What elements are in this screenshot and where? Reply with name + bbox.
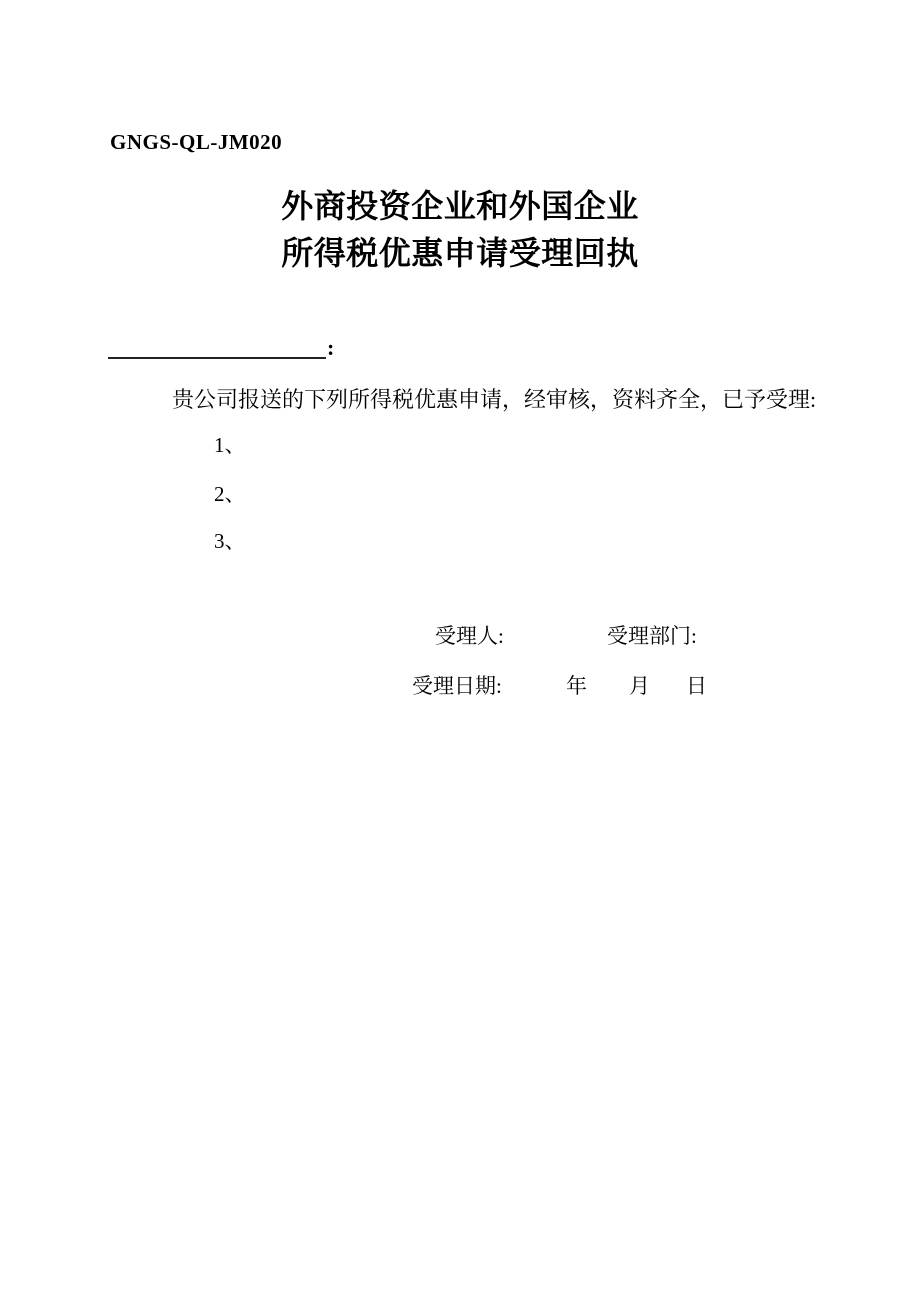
- title-line-1: 外商投资企业和外国企业: [0, 183, 920, 230]
- salutation-colon: :: [326, 337, 334, 359]
- accept-date-label: 受理日期:: [412, 673, 502, 699]
- body-paragraph: 贵公司报送的下列所得税优惠申请，经审核，资料齐全，已予受理:: [172, 386, 816, 414]
- acceptor-label: 受理人:: [435, 623, 504, 649]
- salutation-row: :: [108, 336, 334, 359]
- list-item-2: 2、: [214, 482, 246, 506]
- document-title: 外商投资企业和外国企业 所得税优惠申请受理回执: [0, 183, 920, 277]
- month-label: 月: [629, 673, 650, 699]
- document-page: GNGS-QL-JM020 外商投资企业和外国企业 所得税优惠申请受理回执 : …: [0, 0, 920, 1302]
- day-label: 日: [686, 673, 707, 699]
- department-label: 受理部门:: [607, 623, 697, 649]
- list-item-3: 3、: [214, 529, 246, 553]
- list-item-1: 1、: [214, 433, 246, 457]
- year-label: 年: [566, 673, 587, 699]
- title-line-2: 所得税优惠申请受理回执: [0, 230, 920, 277]
- salutation-blank-line: [108, 336, 326, 359]
- document-code: GNGS-QL-JM020: [110, 130, 282, 154]
